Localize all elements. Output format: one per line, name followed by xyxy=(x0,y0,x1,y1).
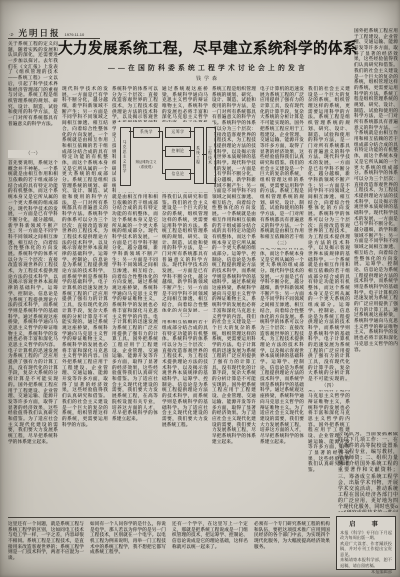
article-subtitle: ——在国防科委系统工程学术讨论会上的发言 xyxy=(78,62,338,72)
bottom-column-1: 这里还有一个问题，就是系统工程与系统工程学的区别，这如同电工技术与电工学一样，一… xyxy=(8,521,84,573)
body-column-1-intro: 关于系统工程的定义问题，随着实践的发展和认识的深化，还需要进一步加以探讨。去年我… xyxy=(8,41,58,149)
bottom-band-rule xyxy=(8,517,330,518)
article-byline: 钱学森 xyxy=(78,75,338,82)
diagram-box-systems-engineering: 系统工程 xyxy=(194,127,204,184)
section-marker-3: （三） xyxy=(260,240,304,248)
diagram-connector xyxy=(189,131,194,132)
article-headline: 大力发展系统工程，尽早建立系统科学的体系 xyxy=(58,37,358,58)
diagram-box-cybernetics: 控制论 xyxy=(165,146,191,157)
body-column-8: 国外把系统工程应用于工程建设、企业管理、交通运输、能源开发等许多方面，取得了显著… xyxy=(354,28,398,428)
notice-box: 启 事 本报《科学》专刊自下月起改为每周出版一期。 欢迎广大读者、作者踊跃投稿，… xyxy=(336,516,396,570)
bottom-column-2: 如同有一个人问你学的是什么，你说是电学，那人若以为你学的是另一门工程技术，区别就… xyxy=(90,521,166,573)
notice-line: 来稿请寄本报科学部，恕不退稿，请自留底稿。 xyxy=(340,557,392,568)
diagram-box-systematics: 系统学 xyxy=(133,127,160,138)
diagram-connector xyxy=(129,131,133,132)
diagram-box-information-theory: 信息论 xyxy=(165,169,191,180)
diagram-box-marxist-philosophy: 马克思主义哲学 xyxy=(120,127,131,186)
bottom-column-4: 必须有一个专门研究系统工程的机构和队伍，要把这项技术推广应用到国民经济的各个部门… xyxy=(254,521,330,573)
body-column-1: 首先要说明，系统这个概念并不神秘。一个系统就是由相互作用和相互依赖的若干组成部分… xyxy=(8,160,58,515)
diagram-note-line2: （系统观） xyxy=(130,165,162,170)
diagram-connector xyxy=(162,173,165,174)
section-marker-4: （四） xyxy=(308,382,350,390)
notice-signoff: 本报编辑部 xyxy=(340,569,392,575)
diagram-box-engineering-level: 工程技术 xyxy=(206,127,216,184)
meeting-brief: 会议认为，当前要抓紧做好以下几项工作：一、在有条件的高等院校设置系统工程专业，编… xyxy=(338,432,398,512)
body-column-6: 电子计算机的迅速发展为系统工程的广泛应用提供了强有力的计算工具，没有现代化的计算… xyxy=(260,86,304,515)
diagram-connector xyxy=(189,150,194,151)
body-column-5: 系统工程是组织管理系统的规划、研究、设计、制造、试验和使用的科学方法，是一门对所… xyxy=(212,86,256,515)
diagram-box-operations-research: 运筹学 xyxy=(165,127,191,138)
notice-line: 欢迎广大读者、作者踊跃投稿，并对专刊工作提出宝贵意见。 xyxy=(340,541,392,557)
body-column-2: 现代科学技术的发展，一方面是已有学科不断分化，越分越细，新学科新领域不断产生；另… xyxy=(62,86,108,515)
diagram-connector xyxy=(162,131,163,174)
systems-science-diagram: 马克思主义哲学 系统学 运筹学 控制论 信息论 系统工程 工程技术 辩证唯物主义… xyxy=(116,122,214,192)
section-marker-2: （二） xyxy=(162,312,208,320)
diagram-connector xyxy=(189,173,194,174)
section-marker-1: （一） xyxy=(8,150,58,158)
newspaper-page: ·2· 光明日报 1979.11.10 大力发展系统工程，尽早建立系统科学的体系… xyxy=(0,0,400,577)
diagram-note: 辩证唯物主义 （系统观） xyxy=(130,160,162,169)
notice-title: 启 事 xyxy=(340,519,392,528)
notice-line: 本报《科学》专刊自下月起改为每周出版一期。 xyxy=(340,530,392,541)
diagram-connector xyxy=(162,150,165,151)
bottom-column-3: 还有一个学字，在这里写上一个定义，那就是把系统工程说成是一门组织管理的技术，把运… xyxy=(172,521,248,573)
diagram-connector xyxy=(202,154,206,155)
page-number-label: ·2· xyxy=(9,32,15,37)
